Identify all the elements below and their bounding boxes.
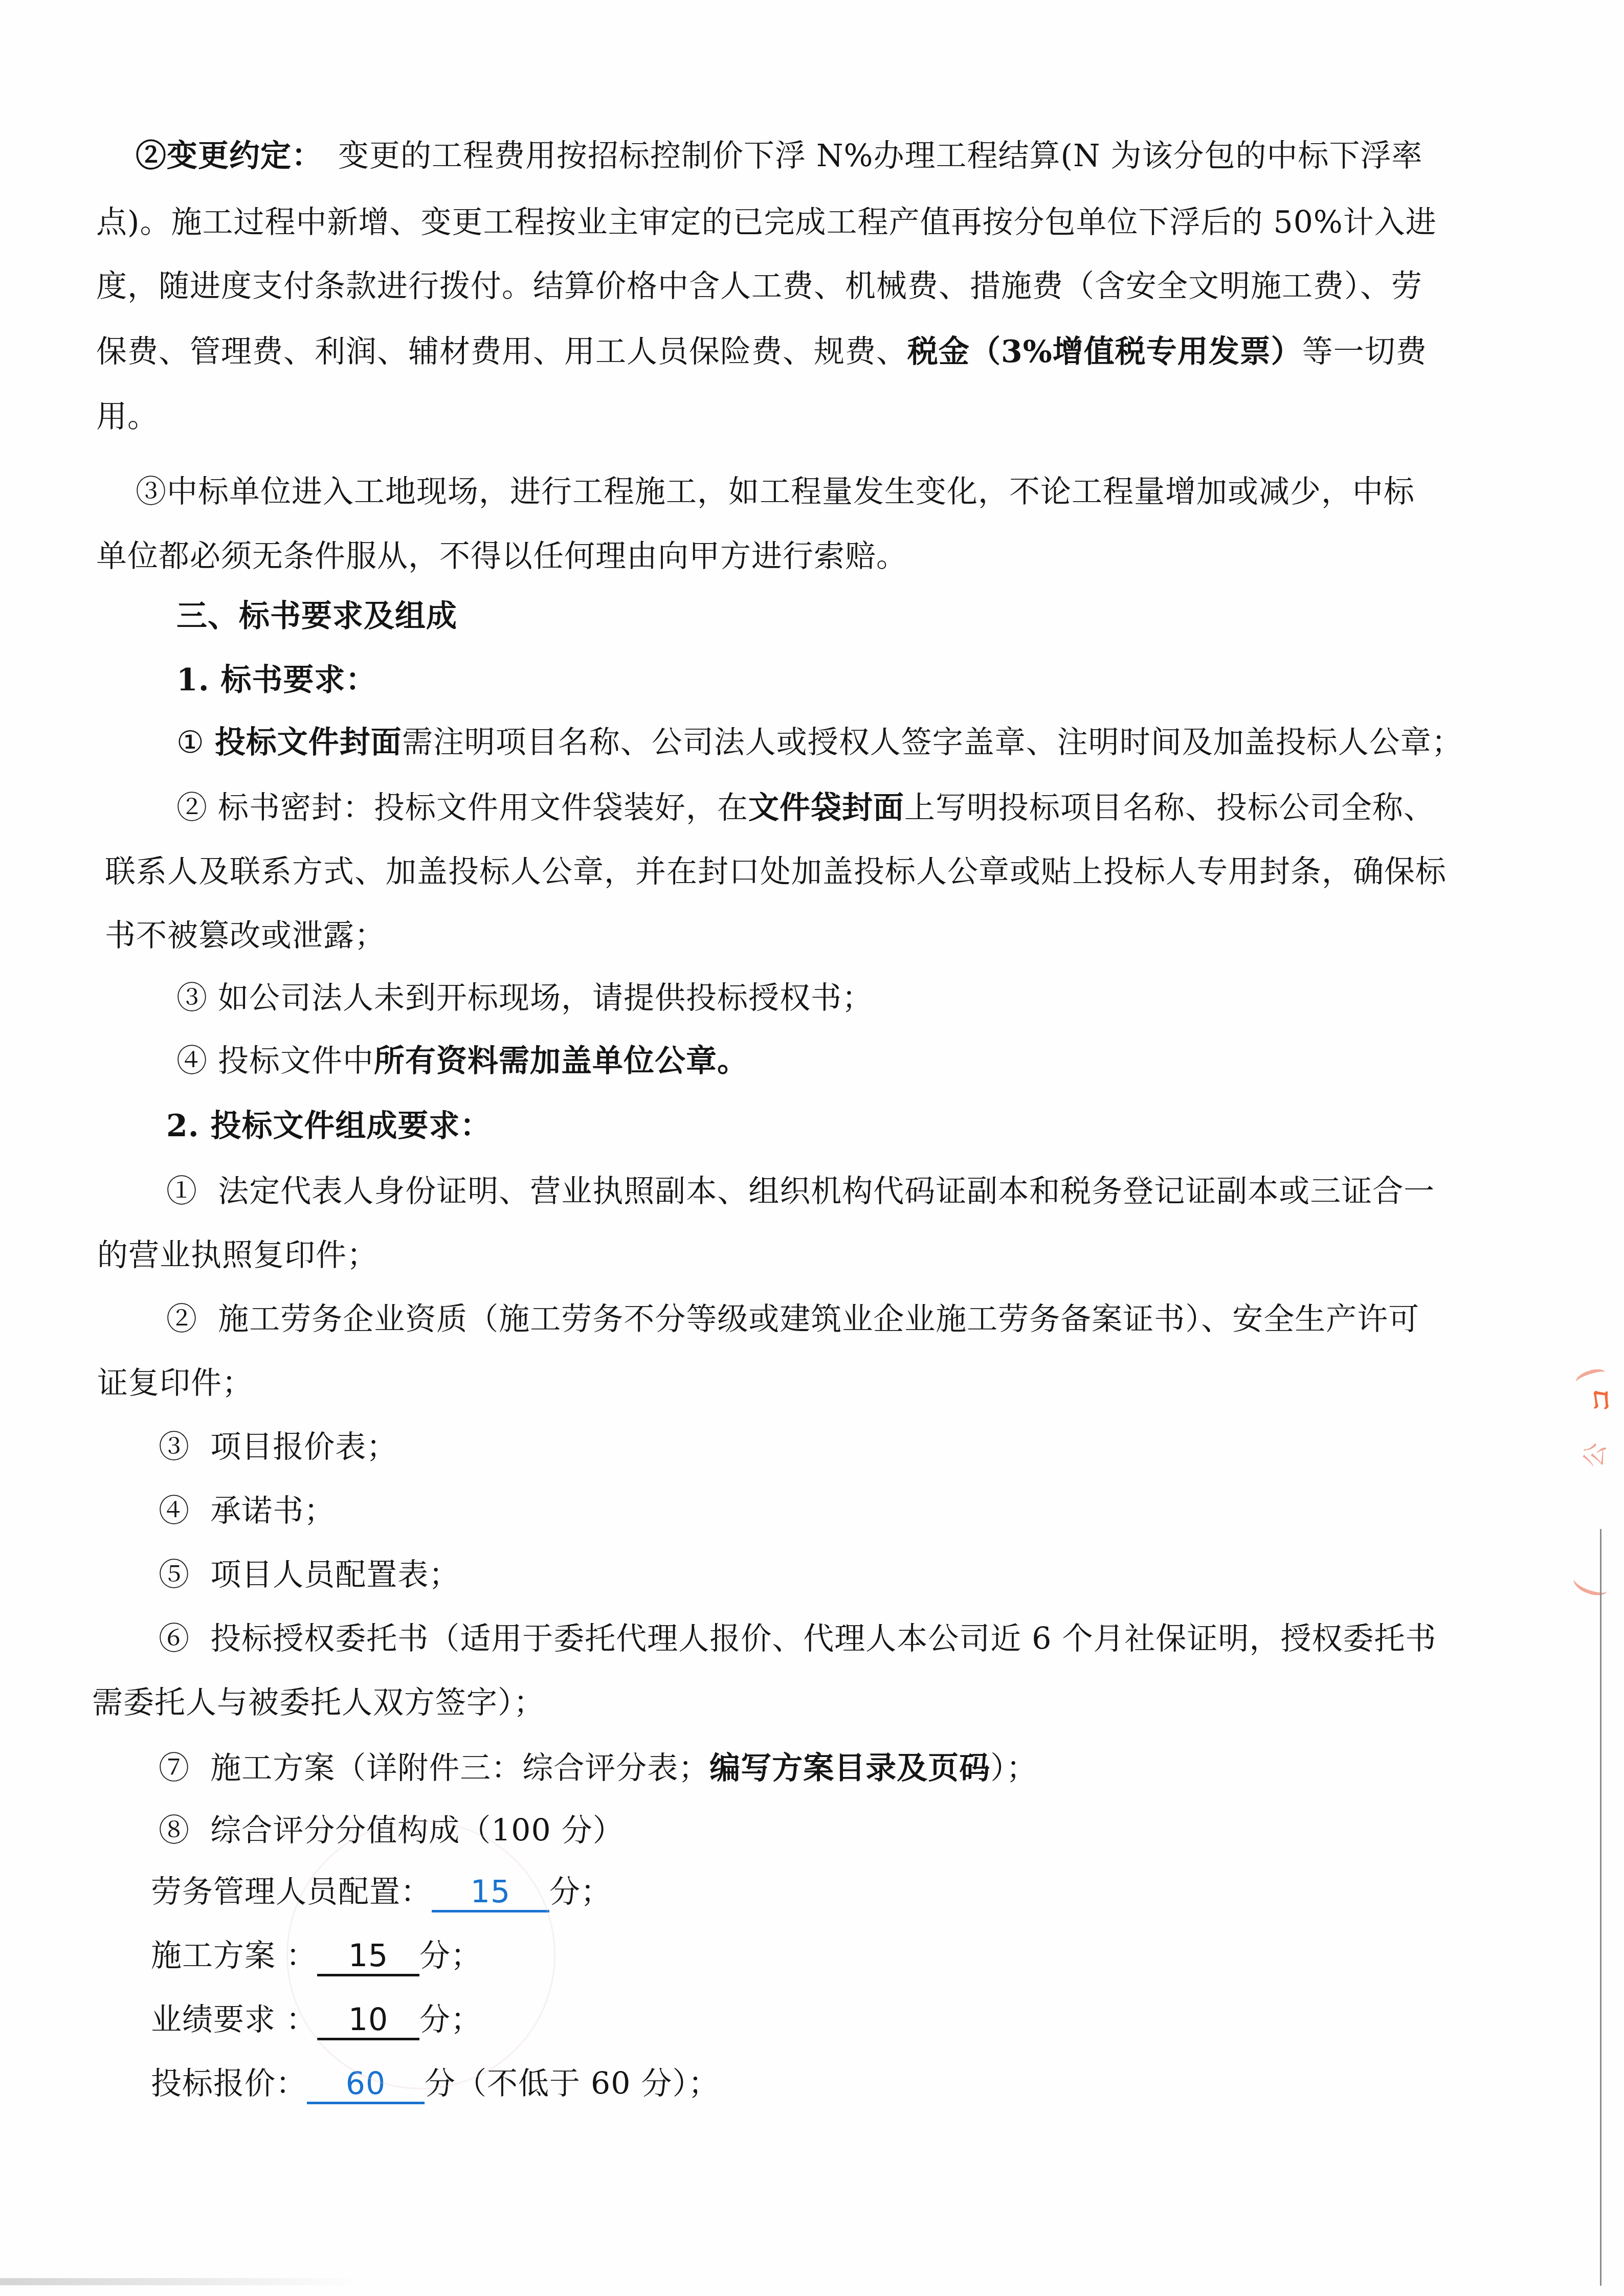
subheading-bid-requirements: 1. 标书要求：: [176, 660, 377, 701]
scanned-document-page: ②变更约定：变更的工程费用按招标控制价下浮 N%办理工程结算(N 为该分包的中标…: [0, 0, 1624, 2296]
tax-bold-text: 税金（3%增值税专用发票）: [907, 334, 1302, 370]
section-heading-bid-requirements: 三、标书要求及组成: [176, 596, 457, 637]
change-clause-label: ②变更约定：: [136, 138, 323, 174]
change-clause-line-2: 点)。施工过程中新增、变更工程按业主审定的已完成工程产值再按分包单位下浮后的 5…: [96, 202, 1437, 243]
change-clause-line-4: 保费、管理费、利润、辅材费用、用工人员保险费、规费、税金（3%增值税专用发票）等…: [96, 331, 1427, 372]
scan-smudge: [0, 2278, 358, 2285]
composition-item-7: ⑦ 施工方案（详附件三：综合评分表；编写方案目录及页码）；: [159, 1748, 1037, 1789]
change-clause-line-1: ②变更约定：变更的工程费用按招标控制价下浮 N%办理工程结算(N 为该分包的中标…: [136, 136, 1423, 176]
composition-item-6-cont: 需委托人与被委托人双方签字）；: [92, 1682, 545, 1723]
bid-requirement-item-2-cont-2: 书不被篡改或泄露；: [105, 915, 386, 956]
claim-clause-line-1: ③中标单位进入工地现场，进行工程施工，如工程量发生变化，不论工程量增加或减少，中…: [136, 471, 1415, 512]
change-clause-line-5: 用。: [96, 396, 159, 437]
subheading-bid-composition: 2. 投标文件组成要求：: [166, 1106, 492, 1146]
bid-requirement-item-1: ① 投标文件封面需注明项目名称、公司法人或授权人签字盖章、注明时间及加盖投标人公…: [176, 722, 1463, 763]
change-clause-line-3: 度，随进度支付条款进行拨付。结算价格中含人工费、机械费、措施费（含安全文明施工费…: [96, 266, 1422, 307]
bid-requirement-item-2-cont-1: 联系人及联系方式、加盖投标人公章，并在封口处加盖投标人公章或贴上投标人专用封条，…: [105, 851, 1447, 892]
bid-requirement-item-3: ③ 如公司法人未到开标现场，请提供投标授权书；: [176, 978, 873, 1019]
composition-item-4: ④ 承诺书；: [159, 1491, 335, 1532]
claim-clause-line-2: 单位都必须无条件服从，不得以任何理由向甲方进行索赔。: [96, 536, 907, 577]
seal-glyph-icon: 公: [1573, 1439, 1612, 1470]
page-edge-line: [1600, 1529, 1601, 2286]
bid-requirement-item-2: ② 标书密封：投标文件用文件袋装好，在文件袋封面上写明投标项目名称、投标公司全称…: [176, 787, 1435, 828]
composition-item-1: ① 法定代表人身份证明、营业执照副本、组织机构代码证副本和税务登记证副本或三证合…: [166, 1171, 1435, 1212]
composition-item-5: ⑤ 项目人员配置表；: [159, 1555, 460, 1595]
bid-requirement-item-4: ④ 投标文件中所有资料需加盖单位公章。: [176, 1041, 748, 1082]
composition-item-1-cont: 的营业执照复印件；: [97, 1235, 378, 1276]
composition-item-2: ② 施工劳务企业资质（施工劳务不分等级或建筑业企业施工劳务备案证书）、安全生产许…: [166, 1299, 1419, 1340]
faint-seal-impression: [286, 1820, 555, 2089]
composition-item-3: ③ 项目报价表；: [159, 1427, 397, 1468]
composition-item-2-cont: 证复印件；: [97, 1363, 253, 1404]
seal-glyph-icon: コ: [1580, 1386, 1618, 1413]
composition-item-6: ⑥ 投标授权委托书（适用于委托代理人报价、代理人本公司近 6 个月社保证明，授权…: [159, 1618, 1436, 1659]
red-seal-stamp-edge: コ 公: [1565, 1360, 1624, 1687]
